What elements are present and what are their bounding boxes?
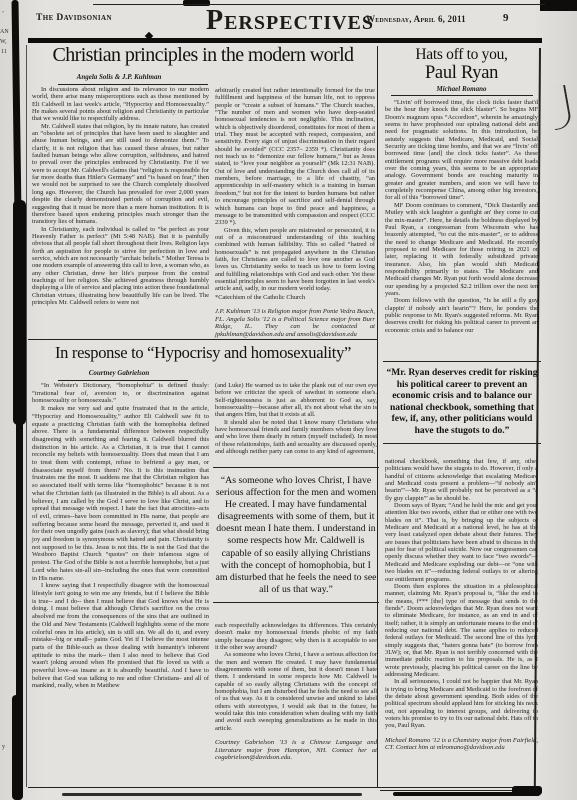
story3-column: Hats off to you, Paul Ryan Michael Roman… bbox=[385, 46, 538, 334]
story3-byline-rule bbox=[391, 95, 533, 96]
scan-smudge bbox=[540, 0, 577, 11]
paragraph: national checkbook, something that few, … bbox=[385, 458, 538, 502]
paragraph: Doom says of Ryan; “And he hold the mic … bbox=[385, 502, 538, 583]
scan-gutter-bar bbox=[11, 0, 21, 215]
page-number: 9 bbox=[503, 12, 509, 24]
edge-text-fragment: AN bbox=[0, 29, 9, 35]
paragraph: (and Luke) He warned us to take the plan… bbox=[215, 382, 377, 419]
story1-column1: In discussions about religion and its re… bbox=[32, 86, 209, 306]
edge-text-fragment: y bbox=[2, 744, 5, 750]
story3-bottom-text: national checkbook, something that few, … bbox=[385, 458, 538, 730]
paragraph: As someone who loves Christ, I have a se… bbox=[215, 651, 377, 732]
paragraph: Doom then explores the situation in a ph… bbox=[385, 583, 538, 678]
paragraph: arbitrarily created but rather intention… bbox=[215, 87, 375, 227]
story2-column2-bottom: each respectfully acknowledges its diffe… bbox=[215, 622, 377, 762]
scan-page-curl bbox=[547, 85, 572, 130]
paragraph: It should also be noted that I know many… bbox=[215, 419, 377, 456]
scan-gutter-bar bbox=[13, 200, 26, 425]
story3-top-text: “Livin' off borrowed time, the clock tic… bbox=[385, 99, 538, 334]
paragraph: Mr. Caldwell states that religion, by it… bbox=[32, 123, 209, 226]
issue-date: Wednesday, April 6, 2011 bbox=[366, 14, 466, 24]
scan-smudge bbox=[512, 786, 542, 795]
page-bottom-rule bbox=[28, 787, 540, 788]
story3-pull-quote: “Mr. Ryan deserves credit for risking hi… bbox=[383, 361, 541, 444]
paragraph: “In Webster's Dictionary, “homophobia” i… bbox=[32, 382, 209, 405]
paragraph: I know saying that I respectfully disagr… bbox=[32, 582, 209, 690]
story3-byline: Michael Romano bbox=[385, 85, 538, 93]
section-title: Perspectives bbox=[198, 5, 382, 37]
story1-footnote: *Catechism of the Catholic Church bbox=[215, 294, 375, 301]
story1-signature: J.P. Kuhlman '13 is Religion major from … bbox=[215, 308, 375, 338]
story2-column1: “In Webster's Dictionary, “homophobia” i… bbox=[32, 382, 209, 690]
paragraph: Doom follows with the question, “Is he s… bbox=[385, 297, 538, 334]
scan-gutter-bar bbox=[16, 418, 23, 703]
story2-column2-bottom-text: each respectfully acknowledges its diffe… bbox=[215, 622, 377, 732]
paragraph: In all seriousness, I could not be happi… bbox=[385, 678, 538, 729]
story3-headline-line2: Paul Ryan bbox=[385, 63, 538, 83]
story3-signature: Michael Romano '12 is a Chemistry major … bbox=[385, 737, 538, 752]
edge-text-fragment: 11 bbox=[1, 49, 7, 55]
story3-bottom: national checkbook, something that few, … bbox=[385, 458, 538, 752]
paragraph: In Christianity, each individual is call… bbox=[32, 226, 209, 307]
story1-column2: arbitrarily created but rather intention… bbox=[215, 87, 375, 338]
paragraph: It makes me very sad and quite frustrate… bbox=[32, 405, 209, 582]
edge-text-fragment: ’ bbox=[2, 11, 4, 17]
paragraph: In discussions about religion and its re… bbox=[32, 86, 209, 123]
story2-headline: In response to “Hypocrisy and homosexual… bbox=[30, 341, 376, 364]
edge-text-fragment: W, bbox=[0, 39, 7, 45]
story1-headline: Christian principles in the modern world bbox=[30, 42, 376, 69]
page-left-border bbox=[26, 45, 27, 787]
scan-gutter-bar bbox=[12, 695, 23, 800]
story1-column2-text: arbitrarily created but rather intention… bbox=[215, 87, 375, 293]
story2-byline-rule bbox=[58, 380, 188, 381]
story2-signature: Courtney Gabrielson '13 is a Chinese Lan… bbox=[215, 739, 377, 762]
story2-pull-quote: “As someone who loves Christ, I have ser… bbox=[213, 467, 379, 603]
story2-top-rule bbox=[28, 339, 377, 340]
paragraph: Given this, when people are mistreated o… bbox=[215, 227, 375, 293]
story3-headline-line1: Hats off to you, bbox=[385, 46, 538, 63]
story2-byline: Courtney Gabrielson bbox=[30, 369, 208, 377]
story1-byline: Angela Solis & J.P. Kuhlman bbox=[30, 73, 208, 81]
scan-smudge bbox=[62, 793, 362, 796]
newspaper-page-scan: ’ AN W, 11 y The Davidsonian Perspective… bbox=[0, 0, 577, 800]
story1-byline-rule bbox=[58, 84, 208, 85]
paragraph: each respectfully acknowledges its diffe… bbox=[215, 622, 377, 651]
story2-column2-top: (and Luke) He warned us to take the plan… bbox=[215, 382, 377, 455]
paper-name: The Davidsonian bbox=[36, 13, 112, 23]
paragraph: “Livin' off borrowed time, the clock tic… bbox=[385, 99, 538, 202]
column-divider bbox=[377, 46, 378, 787]
paragraph: MF Doom continues to comment, “Dick Dast… bbox=[385, 202, 538, 297]
